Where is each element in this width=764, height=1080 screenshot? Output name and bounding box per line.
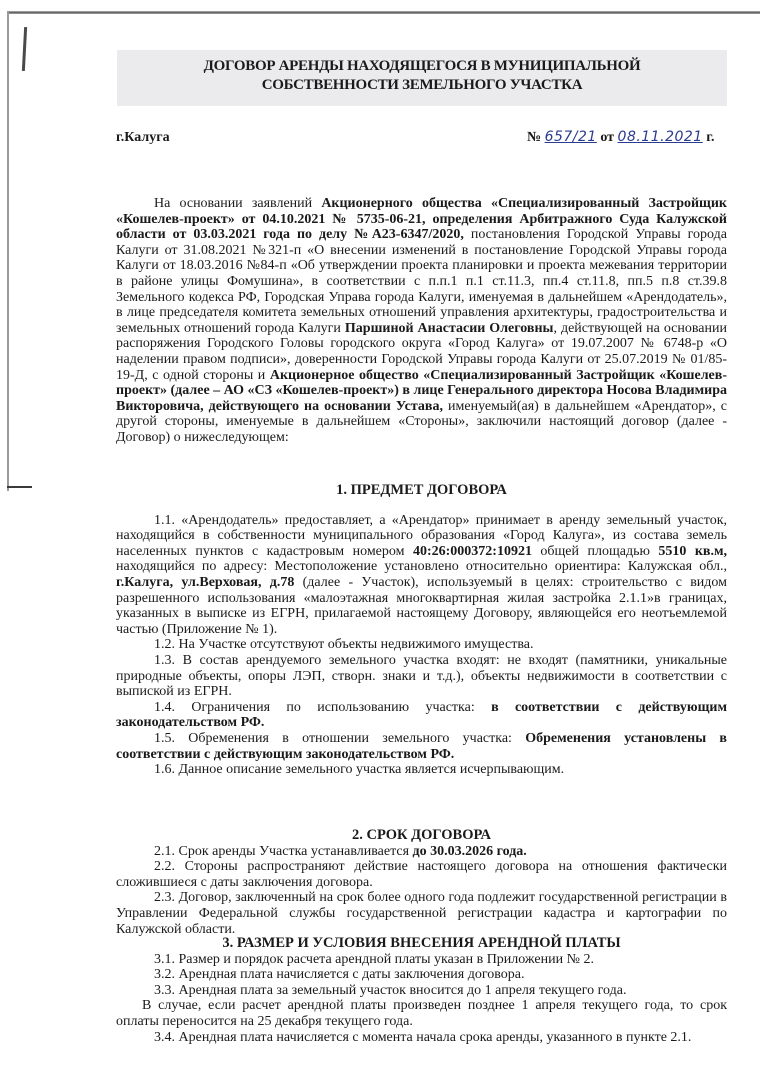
date-prefix: от <box>600 130 614 145</box>
scan-left-tick <box>7 486 32 488</box>
clause-1-1: 1.1. «Арендодатель» предоставляет, а «Ар… <box>116 513 727 638</box>
clause-3-1: 3.1. Размер и порядок расчета арендной п… <box>116 952 727 968</box>
preamble-paragraph: На основании заявлений Акционерного обще… <box>116 196 727 446</box>
clause-2-2: 2.2. Стороны распространяют действие нас… <box>116 859 727 890</box>
plot-address: г.Калуга, ул.Верховая, д.78 <box>116 575 294 590</box>
plot-area: 5510 кв.м, <box>658 544 727 559</box>
clause-2-3: 2.3. Договор, заключенный на срок более … <box>116 890 727 937</box>
preamble: На основании заявлений Акционерного обще… <box>116 196 727 446</box>
section-1: 1. ПРЕДМЕТ ДОГОВОРА 1.1. «Арендодатель» … <box>116 483 727 778</box>
clause-1-3: 1.3. В состав арендуемого земельного уча… <box>116 653 727 700</box>
clause-1-4: 1.4. Ограничения по использованию участк… <box>116 700 727 731</box>
section-2: 2. СРОК ДОГОВОРА 2.1. Срок аренды Участк… <box>116 828 727 937</box>
section-3: 3. РАЗМЕР И УСЛОВИЯ ВНЕСЕНИЯ АРЕНДНОЙ ПЛ… <box>116 936 727 1045</box>
clause-text: находящийся по адресу: Местоположение ус… <box>116 559 727 574</box>
contract-date: 08.11.2021 <box>618 129 703 145</box>
document-page: ДОГОВОР АРЕНДЫ НАХОДЯЩЕГОСЯ В МУНИЦИПАЛЬ… <box>0 0 764 1080</box>
clause-3-2: 3.2. Арендная плата начисляется с даты з… <box>116 967 727 983</box>
section-3-title: 3. РАЗМЕР И УСЛОВИЯ ВНЕСЕНИЯ АРЕНДНОЙ ПЛ… <box>116 936 727 952</box>
clause-text: общей площадью <box>532 544 658 559</box>
number-sign: № <box>527 130 541 145</box>
contract-place: г.Калуга <box>116 130 170 146</box>
clause-1-2: 1.2. На Участке отсутствуют объекты недв… <box>116 637 727 653</box>
clause-text: 1.4. Ограничения по использованию участк… <box>154 700 491 715</box>
preamble-text-1: На основании заявлений <box>154 196 321 211</box>
clause-text: 2.1. Срок аренды Участка устанавливается <box>154 844 413 859</box>
clause-1-6: 1.6. Данное описание земельного участка … <box>116 762 727 778</box>
section-2-title: 2. СРОК ДОГОВОРА <box>116 828 727 844</box>
date-suffix: г. <box>706 130 714 145</box>
contract-number-line: № 657/21 от 08.11.2021 г. <box>527 129 715 146</box>
clause-3-4: 3.4. Арендная плата начисляется с момент… <box>116 1030 727 1046</box>
title-line-2: СОБСТВЕННОСТИ ЗЕМЕЛЬНОГО УЧАСТКА <box>117 76 727 95</box>
scan-mark <box>22 27 27 71</box>
lease-end-date: до 30.03.2026 года. <box>413 844 527 859</box>
clause-1-5: 1.5. Обременения в отношении земельного … <box>116 731 727 762</box>
contract-number: 657/21 <box>545 129 597 145</box>
scan-top-border <box>8 11 760 14</box>
section-1-title: 1. ПРЕДМЕТ ДОГОВОРА <box>116 483 727 499</box>
title-line-1: ДОГОВОР АРЕНДЫ НАХОДЯЩЕГОСЯ В МУНИЦИПАЛЬ… <box>117 57 727 76</box>
clause-2-1: 2.1. Срок аренды Участка устанавливается… <box>116 844 727 860</box>
clause-3-3-continuation: В случае, если расчет арендной платы про… <box>116 998 727 1029</box>
clause-text: 1.5. Обременения в отношении земельного … <box>154 731 525 746</box>
scan-left-border <box>7 11 9 491</box>
cadastral-number: 40:26:000372:10921 <box>413 544 532 559</box>
landlord-representative: Паршиной Анастасии Олеговны <box>345 321 554 336</box>
document-title: ДОГОВОР АРЕНДЫ НАХОДЯЩЕГОСЯ В МУНИЦИПАЛЬ… <box>117 57 727 95</box>
clause-3-3: 3.3. Арендная плата за земельный участок… <box>116 983 727 999</box>
preamble-text-2: постановления Городской Управы города Ка… <box>116 227 727 336</box>
